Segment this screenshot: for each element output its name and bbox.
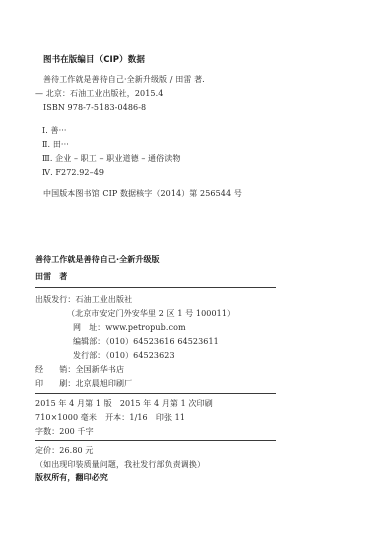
word-count: 字数：200 千字: [35, 427, 94, 437]
cip-verification: 中国版本图书馆 CIP 数据核字（2014）第 256544 号: [43, 189, 242, 199]
cip-publisher-line: — 北京：石油工业出版社，2015.4: [35, 89, 163, 99]
edition: 2015 年 4 月第 1 版 2015 年 4 月第 1 次印刷: [35, 399, 213, 409]
divider-bottom: [35, 440, 276, 441]
distribution-dept: 发行部：（010）64523623: [73, 351, 175, 361]
copyright: 版权所有，翻印必究: [35, 473, 108, 483]
divider-middle: [35, 393, 276, 394]
cip-classification-4: Ⅳ. F272.92–49: [42, 168, 104, 178]
price: 定价：26.80 元: [35, 446, 93, 456]
cip-heading: 图书在版编目（CIP）数据: [43, 55, 145, 65]
address: （北京市安定门外安华里 2 区 1 号 100011）: [67, 309, 235, 319]
publisher: 出版发行：石油工业出版社: [35, 295, 132, 305]
format: 710×1000 毫米 开本：1/16 印张 11: [35, 413, 185, 423]
cip-classification-3: Ⅲ. 企业 – 职工 – 职业道德 – 通俗读物: [42, 154, 180, 164]
cip-title-line: 善待工作就是善待自己·全新升级版 / 田雷 著.: [43, 75, 205, 85]
return-note: （如出现印装质量问题，我社发行部负责调换）: [35, 460, 205, 470]
editorial-dept: 编辑部：（010）64523616 64523611: [73, 337, 219, 347]
cip-isbn: ISBN 978-7-5183-0486-8: [43, 103, 146, 113]
cip-classification-1: Ⅰ. 善···: [42, 126, 67, 136]
website: 网 址：www.petropub.com: [73, 323, 186, 333]
cip-classification-2: Ⅱ. 田···: [42, 140, 69, 150]
printer: 印 刷：北京晨旭印刷厂: [35, 379, 132, 389]
author: 田雷 著: [35, 272, 67, 282]
book-title: 善待工作就是善待自己·全新升级版: [35, 255, 160, 265]
divider-top: [35, 287, 276, 288]
distributor: 经 销：全国新华书店: [35, 365, 124, 375]
